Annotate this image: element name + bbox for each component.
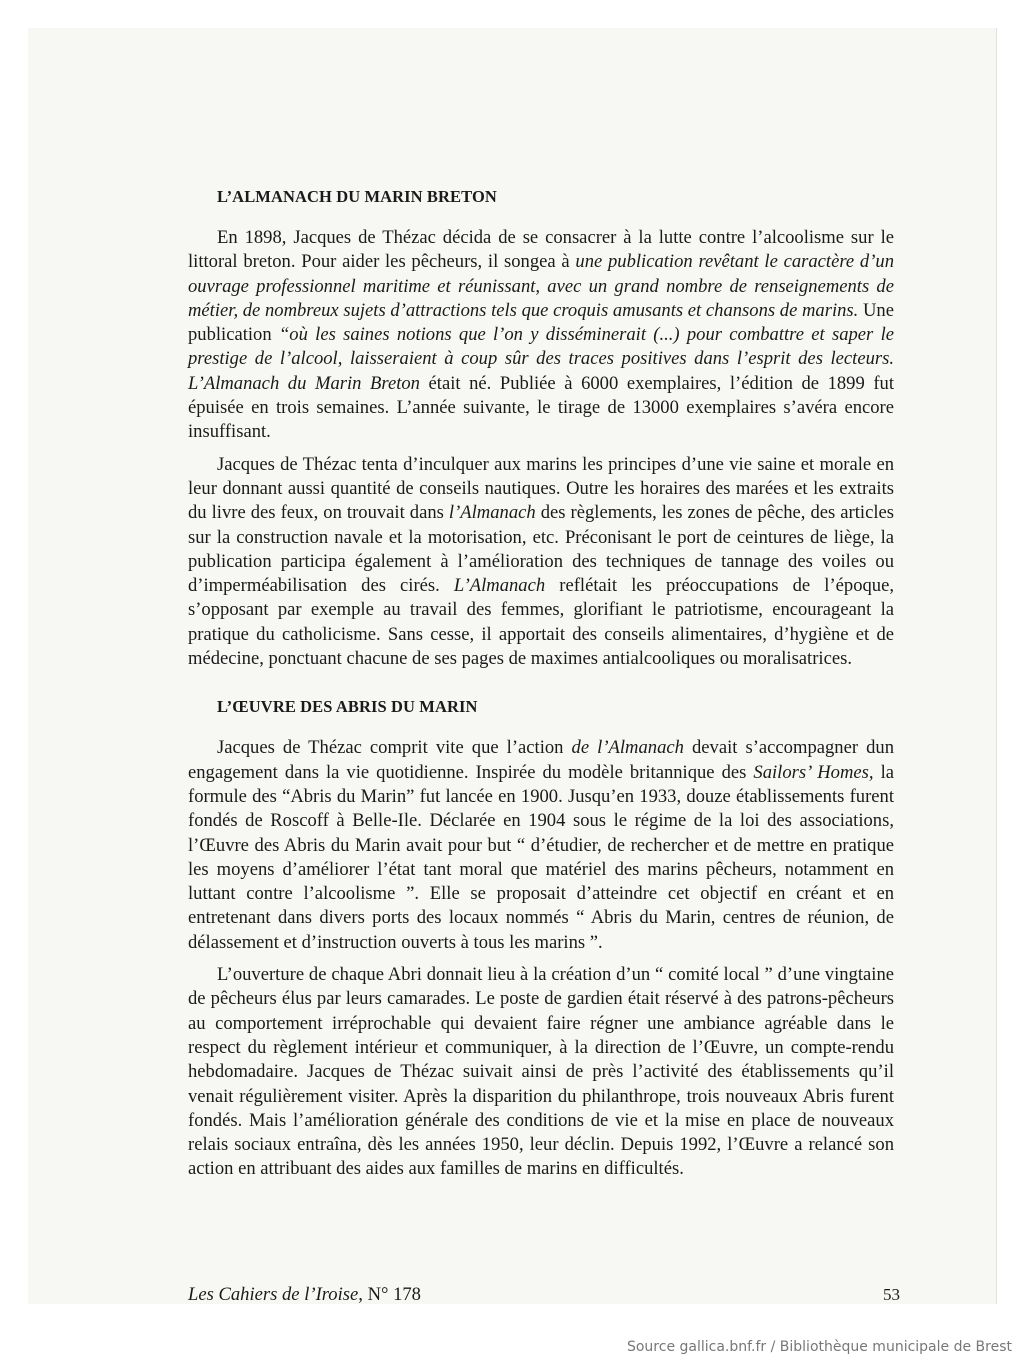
page-footer: Les Cahiers de l’Iroise, N° 178 53 [188,1284,900,1306]
paragraph: Jacques de Thézac tenta d’inculquer aux … [188,453,894,672]
scanned-page: L’ALMANACH DU MARIN BRETON En 1898, Jacq… [28,28,997,1304]
page-number: 53 [883,1285,900,1305]
article-body: L’ALMANACH DU MARIN BRETON En 1898, Jacq… [188,185,894,1182]
italic-run: Sailors’ Homes, [753,762,873,783]
issue-number: N° 178 [363,1284,421,1305]
italic-run: L’Almanach [454,575,545,596]
section-heading-almanach: L’ALMANACH DU MARIN BRETON [217,185,894,209]
section-heading-oeuvre: L’ŒUVRE DES ABRIS DU MARIN [217,695,894,719]
source-credit: Source gallica.bnf.fr / Bibliothèque mun… [627,1339,1012,1355]
paragraph: L’ouverture de chaque Abri donnait lieu … [188,963,894,1182]
text-run: la formule des “Abris du Marin” fut lanc… [188,762,894,953]
journal-title: Les Cahiers de l’Iroise, [188,1284,363,1305]
paragraph: Jacques de Thézac comprit vite que l’act… [188,736,894,955]
text-run: Jacques de Thézac comprit vite que l’act… [217,737,572,758]
italic-run: de l’Almanach [572,737,684,758]
text-run: L’ouverture de chaque Abri donnait lieu … [188,964,894,1179]
paragraph: En 1898, Jacques de Thézac décida de se … [188,226,894,445]
italic-run: l’Almanach [449,502,536,523]
journal-citation: Les Cahiers de l’Iroise, N° 178 [188,1284,421,1306]
